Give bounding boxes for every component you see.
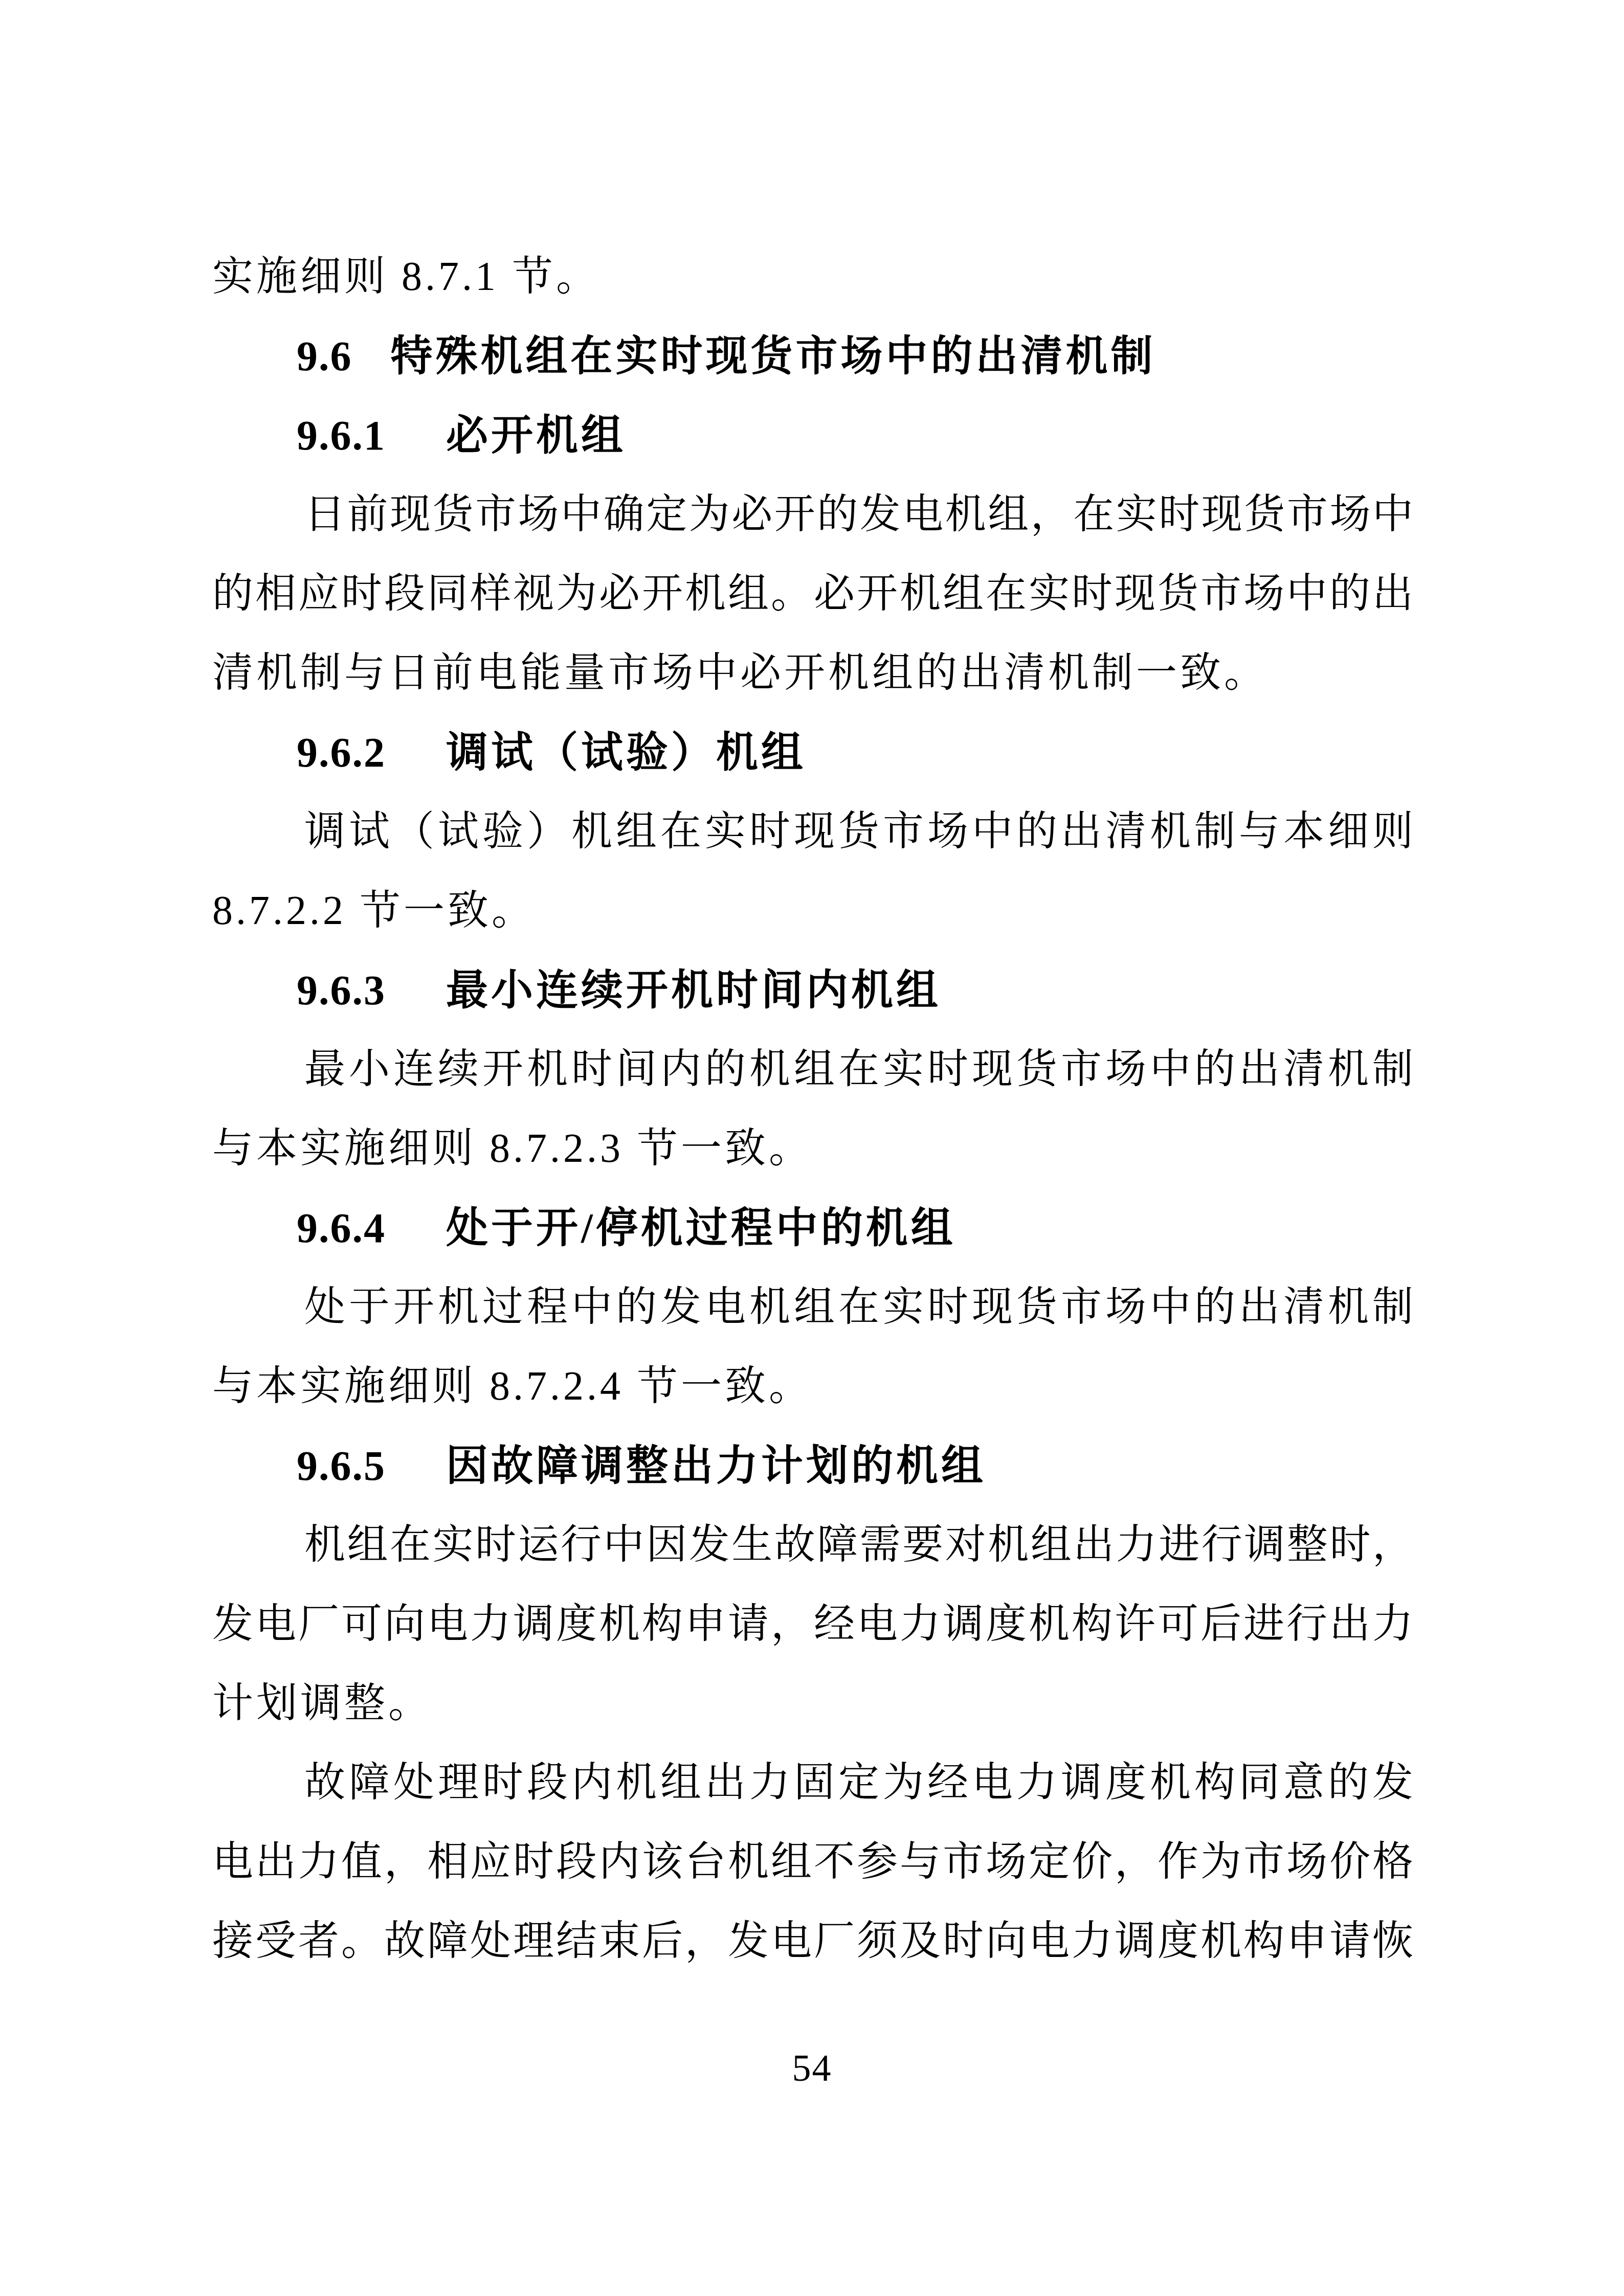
text-char: 时: [927, 1268, 968, 1347]
text-char: 现: [390, 475, 431, 554]
text-char: 故: [304, 1743, 345, 1822]
text-char: 力: [1016, 1743, 1057, 1822]
text-char: 为: [883, 1743, 924, 1822]
text-char: 时: [749, 792, 790, 871]
text-char: 场: [1286, 1822, 1327, 1902]
text-char: 发: [1372, 1743, 1413, 1822]
text-char: 出: [255, 1822, 296, 1902]
text-char: 价: [1329, 1822, 1370, 1902]
text-char: 开: [393, 1268, 434, 1347]
text-char: 理: [513, 1902, 554, 1981]
text-line: 最小连续开机时间内的机组在实时现货市场中的出清机制: [212, 1030, 1413, 1109]
text-char: 实: [883, 1268, 924, 1347]
text-char: 为: [689, 475, 730, 554]
text-char: 构: [642, 1585, 683, 1664]
text-char: 电: [972, 1743, 1013, 1822]
text-char: 清: [1283, 1030, 1324, 1109]
text-char: 力: [1372, 1585, 1413, 1664]
text-line: 8.7.2.2 节一致。: [212, 871, 1413, 951]
text-char: 与: [1239, 792, 1280, 871]
text-char: 电: [255, 1585, 296, 1664]
text-char: 电: [857, 1585, 898, 1664]
text-char: 时: [571, 1030, 612, 1109]
text-char: 调: [1061, 1743, 1102, 1822]
text-char: 连: [393, 1030, 434, 1109]
heading-title: 因故障调整出力计划的机组: [446, 1443, 986, 1489]
text-char: 机: [1150, 1743, 1191, 1822]
text-char: 发: [728, 1902, 769, 1981]
text-char: 组: [794, 1268, 835, 1347]
text-char: 于: [349, 1268, 390, 1347]
text-char: 电: [902, 475, 943, 554]
text-char: 时: [482, 1743, 523, 1822]
text-char: 货: [1016, 1030, 1057, 1109]
text-char: 本: [1283, 792, 1324, 871]
text-char: 机: [749, 1268, 790, 1347]
text-char: ，: [1372, 1505, 1413, 1585]
text-char: 后: [1200, 1585, 1241, 1664]
text-char: 前: [347, 475, 388, 554]
text-char: 力: [1072, 1902, 1113, 1981]
text-char: 电: [705, 1268, 746, 1347]
text-char: 要: [902, 1505, 943, 1585]
text-char: 样: [470, 554, 511, 634]
text-char: 经: [814, 1585, 855, 1664]
text-char: 度: [1158, 1902, 1198, 1981]
text-char: 相: [255, 554, 296, 634]
heading-number: 9.6: [297, 333, 352, 379]
text-char: 可: [1158, 1585, 1198, 1664]
text-char: 组: [616, 792, 657, 871]
text-line: 的相应时段同样视为必开机组。必开机组在实时现货市场中的出: [212, 554, 1413, 634]
text-char: 处: [393, 1743, 434, 1822]
text-char: 度: [556, 1585, 597, 1664]
document-page: 实施细则 8.7.1 节。9.6特殊机组在实时现货市场中的出清机制9.6.1必开…: [0, 0, 1624, 2296]
text-char: 机: [1328, 1030, 1369, 1109]
text-char: 机: [599, 1585, 640, 1664]
text-char: 组: [728, 554, 769, 634]
heading-number: 9.6.5: [297, 1443, 386, 1489]
text-char: 验: [482, 792, 523, 871]
text-char: 中: [972, 792, 1013, 871]
text-char: 故: [774, 1505, 815, 1585]
text-char: 段: [527, 1743, 568, 1822]
text-char: 过: [482, 1268, 523, 1347]
text-char: 试: [349, 792, 390, 871]
text-char: ）: [527, 792, 568, 871]
text-char: （: [393, 792, 434, 871]
heading-number: 9.6.2: [297, 729, 386, 776]
text-char: 为: [1200, 1822, 1241, 1902]
text-char: 细: [1328, 792, 1369, 871]
text-line: 与本实施细则 8.7.2.4 节一致。: [212, 1347, 1413, 1426]
text-char: 机: [1029, 1585, 1070, 1664]
text-char: 处: [470, 1902, 511, 1981]
text-char: 时: [1159, 475, 1199, 554]
text-char: 机: [304, 1505, 345, 1585]
text-char: 出: [1329, 1585, 1370, 1664]
text-char: 处: [304, 1268, 345, 1347]
text-char: 组: [988, 475, 1029, 554]
text-char: 续: [438, 1030, 479, 1109]
text-char: 请: [1329, 1902, 1370, 1981]
text-char: 场: [1105, 1030, 1146, 1109]
text-char: 接: [212, 1902, 253, 1981]
text-char: ，: [1115, 1822, 1155, 1902]
text-char: 间: [616, 1030, 657, 1109]
text-char: 制: [1372, 1030, 1413, 1109]
text-char: 该: [642, 1822, 683, 1902]
text-char: 理: [438, 1743, 479, 1822]
text-char: 在: [838, 1030, 879, 1109]
text-char: 时: [927, 1030, 968, 1109]
text-char: 的: [1016, 792, 1057, 871]
text-char: 现: [1202, 475, 1242, 554]
text-char: 市: [883, 792, 924, 871]
text-char: 出: [1061, 792, 1102, 871]
page-number: 54: [0, 2045, 1624, 2091]
text-char: 中: [1372, 475, 1413, 554]
text-char: 发: [689, 1505, 730, 1585]
text-char: 电: [212, 1822, 253, 1902]
text-char: 组: [771, 1822, 812, 1902]
text-char: 的: [1194, 1030, 1235, 1109]
text-char: 组: [1031, 1505, 1072, 1585]
text-char: 进: [1243, 1585, 1284, 1664]
text-char: 价: [1072, 1822, 1113, 1902]
text-char: 出: [1239, 1268, 1280, 1347]
heading-title: 处于开/停机过程中的机组: [446, 1205, 956, 1251]
text-char: 现: [972, 1268, 1013, 1347]
text-char: 作: [1158, 1822, 1198, 1902]
text-char: 中: [561, 475, 602, 554]
text-char: 市: [943, 1822, 984, 1902]
text-char: 不: [814, 1822, 855, 1902]
text-char: 实: [1116, 475, 1157, 554]
text-line: 处于开机过程中的发电机组在实时现货市场中的出清机制: [212, 1268, 1413, 1347]
text-char: 内: [660, 1030, 701, 1109]
text-char: 后: [642, 1902, 683, 1981]
text-char: 制: [1194, 792, 1235, 871]
text-char: ，: [1031, 475, 1072, 554]
text-char: 出: [1239, 1030, 1280, 1109]
text-char: 行: [1202, 1505, 1242, 1585]
text-char: 的: [616, 1268, 657, 1347]
text-char: 申: [1286, 1902, 1327, 1981]
text-char: 生: [731, 1505, 772, 1585]
text-char: 发: [212, 1585, 253, 1664]
text-char: 意: [1283, 1743, 1324, 1822]
text-char: 程: [527, 1268, 568, 1347]
section-heading: 9.6.3最小连续开机时间内机组: [212, 951, 1413, 1030]
text-char: 的: [212, 554, 253, 634]
text-char: ，: [771, 1585, 812, 1664]
text-char: 与: [900, 1822, 941, 1902]
text-char: 电: [427, 1585, 468, 1664]
text-char: 整: [1287, 1505, 1328, 1585]
text-char: 机: [1150, 792, 1191, 871]
text-char: 开: [642, 554, 683, 634]
heading-number: 9.6.3: [297, 967, 386, 1014]
text-char: 小: [349, 1030, 390, 1109]
text-char: 调: [943, 1585, 984, 1664]
text-char: 应: [470, 1822, 511, 1902]
text-line: 发电厂可向电力调度机构申请，经电力调度机构许可后进行出力: [212, 1585, 1413, 1664]
text-char: 市: [1061, 1268, 1102, 1347]
text-char: 现: [1115, 554, 1155, 634]
text-char: 内: [571, 1743, 612, 1822]
text-char: 恢: [1372, 1902, 1413, 1981]
text-char: 的: [1329, 554, 1370, 634]
text-char: 在: [986, 554, 1027, 634]
text-line: 计划调整。: [212, 1664, 1413, 1743]
text-char: 场: [927, 792, 968, 871]
text-char: 的: [1194, 1268, 1235, 1347]
text-char: 机: [988, 1505, 1029, 1585]
text-char: 。: [771, 554, 812, 634]
text-char: 发: [660, 1268, 701, 1347]
heading-number: 9.6.1: [297, 412, 386, 459]
text-char: 运: [518, 1505, 559, 1585]
text-char: 确: [604, 475, 644, 554]
text-char: 进: [1159, 1505, 1199, 1585]
text-char: 货: [1016, 1268, 1057, 1347]
text-line: 电出力值，相应时段内该台机组不参与市场定价，作为市场价格: [212, 1822, 1413, 1902]
text-char: 向: [986, 1902, 1027, 1981]
text-char: ，: [384, 1822, 425, 1902]
text-char: 开: [857, 554, 898, 634]
text-char: 许: [1115, 1585, 1155, 1664]
text-char: 构: [1194, 1743, 1235, 1822]
text-char: 必: [814, 554, 855, 634]
text-char: 则: [1372, 792, 1413, 871]
text-char: 开: [482, 1030, 523, 1109]
heading-title: 最小连续开机时间内机组: [446, 967, 941, 1014]
text-char: 清: [1105, 792, 1146, 871]
text-char: 障: [817, 1505, 858, 1585]
text-char: 在: [660, 792, 701, 871]
text-char: 结: [556, 1902, 597, 1981]
text-char: 出: [1073, 1505, 1114, 1585]
text-char: 经: [927, 1743, 968, 1822]
text-char: 格: [1372, 1822, 1413, 1902]
text-char: 的: [705, 1030, 746, 1109]
text-char: 电: [1029, 1902, 1070, 1981]
text-char: 现: [794, 792, 835, 871]
text-char: 市: [1243, 1822, 1284, 1902]
section-heading: 9.6.4处于开/停机过程中的机组: [212, 1188, 1413, 1268]
text-char: 实: [705, 792, 746, 871]
text-char: 力: [1116, 1505, 1157, 1585]
text-char: 开: [774, 475, 815, 554]
text-char: 为: [556, 554, 597, 634]
text-char: 定: [646, 475, 687, 554]
text-char: 调: [1244, 1505, 1285, 1585]
text-char: 请: [728, 1585, 769, 1664]
text-char: 机: [685, 554, 726, 634]
text-char: 必: [599, 554, 640, 634]
text-char: 货: [838, 792, 879, 871]
text-char: 机: [438, 1268, 479, 1347]
text-char: 制: [1372, 1268, 1413, 1347]
text-char: 现: [972, 1030, 1013, 1109]
text-char: 中: [1150, 1030, 1191, 1109]
text-char: 机: [1200, 1902, 1241, 1981]
text-char: 在: [390, 1505, 431, 1585]
text-char: 组: [794, 1030, 835, 1109]
text-char: 电: [771, 1902, 812, 1981]
text-char: 在: [1073, 475, 1114, 554]
section-heading: 9.6.1必开机组: [212, 396, 1413, 475]
text-char: 场: [1105, 1268, 1146, 1347]
text-char: 内: [599, 1822, 640, 1902]
text-char: 段: [384, 554, 425, 634]
text-char: 障: [349, 1743, 390, 1822]
text-char: 视: [513, 554, 554, 634]
text-char: 出: [705, 1743, 746, 1822]
text-char: 货: [1158, 554, 1198, 634]
text-char: 向: [384, 1585, 425, 1664]
text-char: 场: [518, 475, 559, 554]
text-char: 时: [1329, 1505, 1370, 1585]
text-char: 场: [1329, 475, 1370, 554]
text-char: 故: [384, 1902, 425, 1981]
text-char: 组: [347, 1505, 388, 1585]
text-char: 需: [860, 1505, 901, 1585]
text-char: 行: [561, 1505, 602, 1585]
text-char: 中: [571, 1268, 612, 1347]
text-char: 市: [1200, 554, 1241, 634]
text-char: 中: [1150, 1268, 1191, 1347]
text-char: 调: [513, 1585, 554, 1664]
text-char: 场: [1243, 554, 1284, 634]
section-heading: 9.6特殊机组在实时现货市场中的出清机制: [212, 317, 1413, 396]
text-char: 力: [749, 1743, 790, 1822]
text-char: 中: [1286, 554, 1327, 634]
text-line: 实施细则 8.7.1 节。: [212, 237, 1413, 317]
text-line: 清机制与日前电能量市场中必开机组的出清机制一致。: [212, 634, 1413, 713]
text-char: 时: [341, 554, 382, 634]
text-char: 段: [556, 1822, 597, 1902]
text-char: 必: [731, 475, 772, 554]
text-char: 力: [298, 1822, 339, 1902]
text-char: 市: [475, 475, 516, 554]
text-char: 参: [857, 1822, 898, 1902]
text-char: 固: [794, 1743, 835, 1822]
text-char: 清: [1283, 1268, 1324, 1347]
text-char: 货: [433, 475, 474, 554]
text-char: 在: [838, 1268, 879, 1347]
text-char: 度: [986, 1585, 1027, 1664]
text-char: 最: [304, 1030, 345, 1109]
text-char: 调: [304, 792, 345, 871]
text-char: 束: [599, 1902, 640, 1981]
text-char: 试: [438, 792, 479, 871]
text-char: 及: [900, 1902, 941, 1981]
text-char: 对: [945, 1505, 986, 1585]
text-char: 应: [298, 554, 339, 634]
text-char: 构: [1243, 1902, 1284, 1981]
text-char: 实: [1029, 554, 1070, 634]
heading-title: 必开机组: [446, 412, 626, 459]
text-char: 时: [1072, 554, 1113, 634]
text-char: 时: [943, 1902, 984, 1981]
text-char: 场: [986, 1822, 1027, 1902]
text-char: 调: [1115, 1902, 1155, 1981]
text-char: 机: [749, 1030, 790, 1109]
text-char: 的: [817, 475, 858, 554]
heading-title: 特殊机组在实时现货市场中的出清机制: [391, 333, 1156, 379]
text-char: 发: [860, 475, 901, 554]
text-char: 实: [433, 1505, 474, 1585]
text-char: 行: [1286, 1585, 1327, 1664]
text-char: 须: [857, 1902, 898, 1981]
text-char: 因: [646, 1505, 687, 1585]
text-char: 力: [470, 1585, 511, 1664]
heading-title: 调试（试验）机组: [446, 729, 806, 776]
text-char: ，: [685, 1902, 726, 1981]
section-heading: 9.6.2调试（试验）机组: [212, 713, 1413, 792]
text-char: 同: [1239, 1743, 1280, 1822]
text-char: 申: [685, 1585, 726, 1664]
text-char: 日: [304, 475, 345, 554]
text-line: 日前现货市场中确定为必开的发电机组，在实时现货市场中: [212, 475, 1413, 554]
text-char: 组: [943, 554, 984, 634]
text-char: 障: [427, 1902, 468, 1981]
text-char: 组: [660, 1743, 701, 1822]
text-char: 机: [616, 1743, 657, 1822]
text-char: 市: [1287, 475, 1328, 554]
text-char: 厂: [298, 1585, 339, 1664]
text-char: 受: [255, 1902, 296, 1981]
text-char: 机: [1328, 1268, 1369, 1347]
text-char: 力: [900, 1585, 941, 1664]
text-char: 机: [945, 475, 986, 554]
text-char: 的: [1328, 1743, 1369, 1822]
text-char: 实: [883, 1030, 924, 1109]
text-char: 厂: [814, 1902, 855, 1981]
text-char: 相: [427, 1822, 468, 1902]
text-char: 台: [685, 1822, 726, 1902]
text-char: 者: [298, 1902, 339, 1981]
text-char: 货: [1244, 475, 1285, 554]
text-char: 出: [1372, 554, 1413, 634]
text-char: 机: [527, 1030, 568, 1109]
text-line: 机组在实时运行中因发生故障需要对机组出力进行调整时，: [212, 1505, 1413, 1585]
text-char: 机: [728, 1822, 769, 1902]
text-char: 。: [341, 1902, 382, 1981]
text-char: 中: [604, 1505, 644, 1585]
text-char: 定: [838, 1743, 879, 1822]
text-block: 实施细则 8.7.1 节。9.6特殊机组在实时现货市场中的出清机制9.6.1必开…: [212, 237, 1413, 1981]
text-char: 同: [427, 554, 468, 634]
text-char: 时: [475, 1505, 516, 1585]
text-char: 定: [1029, 1822, 1070, 1902]
text-char: 机: [571, 792, 612, 871]
text-char: 机: [900, 554, 941, 634]
text-line: 调试（试验）机组在实时现货市场中的出清机制与本细则: [212, 792, 1413, 871]
text-char: 市: [1061, 1030, 1102, 1109]
text-char: 时: [513, 1822, 554, 1902]
text-line: 故障处理时段内机组出力固定为经电力调度机构同意的发: [212, 1743, 1413, 1822]
text-char: 度: [1105, 1743, 1146, 1822]
text-char: 可: [341, 1585, 382, 1664]
section-heading: 9.6.5因故障调整出力计划的机组: [212, 1426, 1413, 1505]
text-char: 构: [1072, 1585, 1113, 1664]
text-line: 与本实施细则 8.7.2.3 节一致。: [212, 1109, 1413, 1188]
text-line: 接受者。故障处理结束后，发电厂须及时向电力调度机构申请恢: [212, 1902, 1413, 1981]
heading-number: 9.6.4: [297, 1205, 386, 1251]
